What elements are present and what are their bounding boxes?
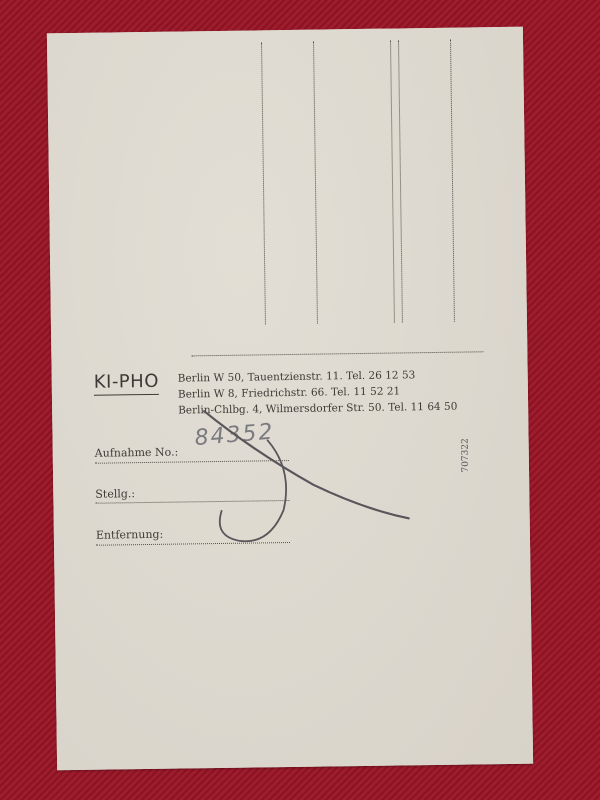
pencil-mark: [47, 27, 533, 771]
postcard-back: KI-PHO Berlin W 50, Tauentzienstr. 11. T…: [47, 27, 533, 771]
